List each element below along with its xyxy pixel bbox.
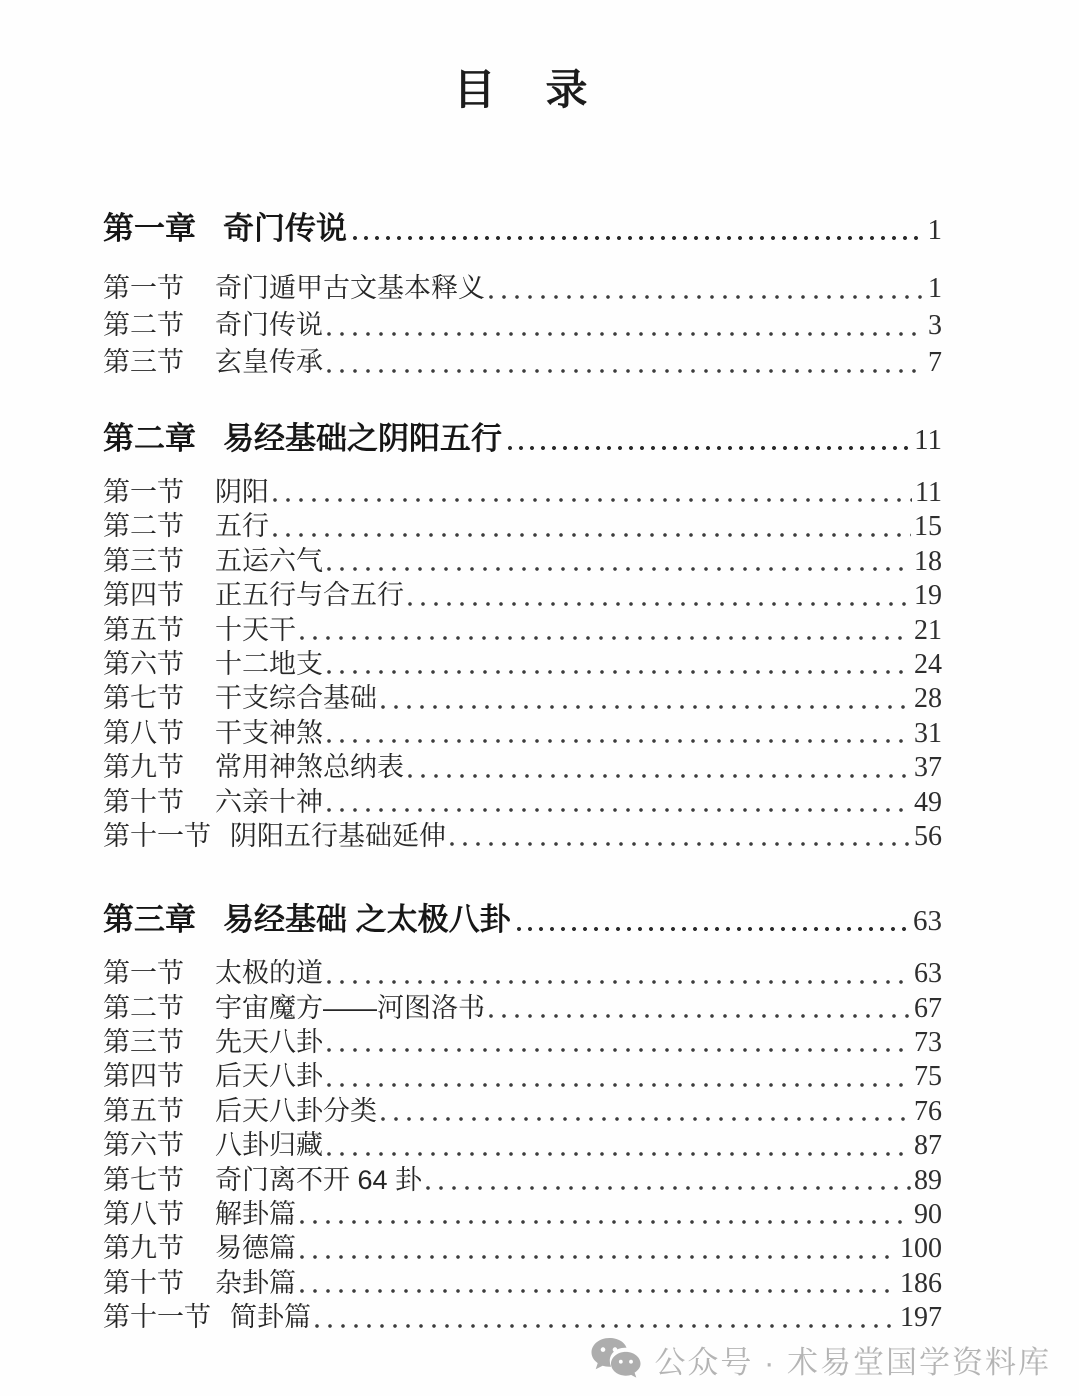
section-page-number: 18 [914, 545, 942, 578]
section-label: 第八节 [103, 1198, 196, 1231]
section-page-number: 7 [928, 345, 942, 381]
section-label: 第五节 [103, 614, 196, 647]
dot-leader [406, 579, 911, 613]
toc-section-row: 第十节杂卦篇186 [103, 1267, 942, 1301]
toc: 第一章奇门传说1第一节奇门遁甲古文基本释义1第二节奇门传说3第三节玄皇传承7第二… [103, 209, 942, 1336]
section-page-number: 87 [914, 1129, 942, 1162]
toc-sections: 第一节阴阳11第二节五行15第三节五运六气18第四节正五行与合五行19第五节十天… [103, 476, 942, 854]
section-title: 十二地支 [215, 648, 323, 681]
chapter-label: 第三章 [103, 900, 196, 940]
dot-leader [298, 1198, 911, 1232]
section-title: 太极的道 [215, 957, 323, 990]
section-label: 第十节 [103, 1267, 196, 1300]
dot-leader [271, 476, 912, 510]
section-title: 五行 [215, 510, 269, 543]
dot-leader [379, 682, 911, 716]
toc-section-row: 第八节干支神煞31 [103, 717, 942, 751]
section-page-number: 28 [914, 682, 942, 715]
dot-leader [325, 545, 911, 579]
section-title: 奇门传说 [215, 307, 323, 343]
toc-section-row: 第二节奇门传说3 [103, 307, 942, 344]
dot-leader [313, 1301, 897, 1335]
section-label: 第八节 [103, 717, 196, 750]
section-label: 第十一节 [103, 820, 211, 853]
toc-section-row: 第十节六亲十神49 [103, 786, 942, 820]
section-page-number: 89 [914, 1164, 942, 1197]
section-title: 后天八卦分类 [215, 1095, 377, 1128]
toc-section-row: 第五节后天八卦分类76 [103, 1095, 942, 1129]
section-page-number: 100 [900, 1232, 942, 1265]
section-title: 十天干 [215, 614, 296, 647]
page-title: 目 录 [103, 57, 942, 117]
section-label: 第五节 [103, 1095, 196, 1128]
toc-section-row: 第一节太极的道63 [103, 957, 942, 991]
section-title: 解卦篇 [215, 1198, 296, 1231]
section-page-number: 67 [914, 992, 942, 1025]
chapter-title: 易经基础之阴阳五行 [223, 419, 502, 459]
section-page-number: 186 [900, 1267, 942, 1300]
section-label: 第二节 [103, 992, 196, 1025]
toc-section-row: 第四节正五行与合五行19 [103, 579, 942, 613]
dot-leader [298, 1267, 897, 1301]
section-page-number: 73 [914, 1026, 942, 1059]
toc-section-row: 第五节十天干21 [103, 614, 942, 648]
scanned-toc-page: 目 录 第一章奇门传说1第一节奇门遁甲古文基本释义1第二节奇门传说3第三节玄皇传… [0, 0, 1079, 1396]
section-title: 杂卦篇 [215, 1267, 296, 1300]
section-label: 第十一节 [103, 1301, 211, 1334]
dot-leader [325, 1129, 911, 1163]
section-label: 第一节 [103, 270, 196, 306]
section-page-number: 11 [915, 476, 942, 509]
dot-leader [325, 648, 911, 682]
dot-leader [424, 1164, 911, 1198]
section-title: 常用神煞总纳表 [215, 751, 404, 784]
dot-leader [504, 419, 911, 460]
section-title: 奇门离不开 64 卦 [215, 1164, 422, 1197]
section-label: 第七节 [103, 682, 196, 715]
toc-section-row: 第四节后天八卦75 [103, 1060, 942, 1094]
section-page-number: 21 [914, 614, 942, 647]
dot-leader [325, 786, 911, 820]
toc-chapter: 第二章易经基础之阴阳五行11第一节阴阳11第二节五行15第三节五运六气18第四节… [103, 419, 942, 854]
section-title: 奇门遁甲古文基本释义 [215, 270, 485, 306]
chapter-label: 第二章 [103, 419, 196, 459]
section-page-number: 24 [914, 648, 942, 681]
section-page-number: 63 [914, 957, 942, 990]
section-title: 易德篇 [215, 1232, 296, 1265]
toc-section-row: 第十一节简卦篇197 [103, 1301, 942, 1335]
chapter-title: 奇门传说 [223, 209, 347, 249]
section-label: 第四节 [103, 579, 196, 612]
section-label: 第一节 [103, 476, 196, 509]
toc-section-row: 第一节奇门遁甲古文基本释义1 [103, 270, 942, 307]
dot-leader [271, 510, 911, 544]
section-label: 第二节 [103, 510, 196, 543]
chapter-label: 第一章 [103, 209, 196, 249]
section-title: 阴阳 [215, 476, 269, 509]
chapter-page-number: 63 [913, 901, 942, 941]
toc-section-row: 第二节宇宙魔方——河图洛书67 [103, 992, 942, 1026]
section-page-number: 31 [914, 717, 942, 750]
chapter-title: 易经基础 之太极八卦 [223, 900, 511, 940]
toc-content: 目 录 第一章奇门传说1第一节奇门遁甲古文基本释义1第二节奇门传说3第三节玄皇传… [103, 0, 942, 1336]
section-label: 第三节 [103, 344, 196, 380]
toc-section-row: 第六节十二地支24 [103, 648, 942, 682]
toc-section-row: 第三节玄皇传承7 [103, 344, 942, 381]
toc-section-row: 第六节八卦归藏87 [103, 1129, 942, 1163]
dot-leader [406, 751, 911, 785]
section-label: 第七节 [103, 1164, 196, 1197]
dot-leader [487, 270, 925, 307]
section-page-number: 76 [914, 1095, 942, 1128]
section-title: 干支综合基础 [215, 682, 377, 715]
section-label: 第六节 [103, 648, 196, 681]
toc-section-row: 第十一节阴阳五行基础延伸56 [103, 820, 942, 854]
section-title: 后天八卦 [215, 1060, 323, 1093]
section-page-number: 90 [914, 1198, 942, 1231]
dot-leader [298, 1232, 897, 1266]
section-label: 第六节 [103, 1129, 196, 1162]
section-page-number: 56 [914, 820, 942, 853]
toc-section-row: 第三节先天八卦73 [103, 1026, 942, 1060]
section-title: 阴阳五行基础延伸 [230, 820, 446, 853]
dot-leader [298, 614, 911, 648]
section-title: 玄皇传承 [215, 344, 323, 380]
section-label: 第三节 [103, 1026, 196, 1059]
dot-leader [325, 957, 911, 991]
toc-section-row: 第二节五行15 [103, 510, 942, 544]
dot-leader [325, 344, 925, 381]
dot-leader [379, 1095, 911, 1129]
chapter-page-number: 1 [928, 210, 943, 250]
section-title: 八卦归藏 [215, 1129, 323, 1162]
toc-section-row: 第九节易德篇100 [103, 1232, 942, 1266]
dot-leader [325, 1026, 911, 1060]
dot-leader [325, 717, 911, 751]
toc-sections: 第一节奇门遁甲古文基本释义1第二节奇门传说3第三节玄皇传承7 [103, 270, 942, 381]
section-page-number: 3 [928, 308, 942, 344]
dot-leader [487, 992, 911, 1026]
wechat-icon [589, 1335, 643, 1383]
toc-chapter: 第三章易经基础 之太极八卦63第一节太极的道63第二节宇宙魔方——河图洛书67第… [103, 900, 942, 1335]
dot-leader [349, 209, 925, 250]
section-title: 干支神煞 [215, 717, 323, 750]
toc-chapter-row: 第三章易经基础 之太极八卦63 [103, 900, 942, 941]
chapter-page-number: 11 [914, 420, 942, 460]
section-title: 正五行与合五行 [215, 579, 404, 612]
section-label: 第十节 [103, 786, 196, 819]
section-title: 宇宙魔方——河图洛书 [215, 992, 485, 1025]
section-page-number: 37 [914, 751, 942, 784]
toc-section-row: 第九节常用神煞总纳表37 [103, 751, 942, 785]
dot-leader [448, 820, 911, 854]
footer-text: 公众号 · 术易堂国学资料库 [654, 1337, 1051, 1382]
section-label: 第三节 [103, 545, 196, 578]
section-title: 简卦篇 [230, 1301, 311, 1334]
section-page-number: 19 [914, 579, 942, 612]
toc-section-row: 第八节解卦篇90 [103, 1198, 942, 1232]
toc-section-row: 第七节奇门离不开 64 卦89 [103, 1164, 942, 1198]
dot-leader [325, 307, 925, 344]
section-title: 先天八卦 [215, 1026, 323, 1059]
section-page-number: 75 [914, 1060, 942, 1093]
toc-chapter-row: 第一章奇门传说1 [103, 209, 942, 250]
section-label: 第九节 [103, 751, 196, 784]
section-title: 六亲十神 [215, 786, 323, 819]
section-label: 第九节 [103, 1232, 196, 1265]
section-page-number: 15 [914, 510, 942, 543]
toc-section-row: 第三节五运六气18 [103, 545, 942, 579]
footer-watermark: 公众号 · 术易堂国学资料库 [589, 1335, 1051, 1383]
section-label: 第四节 [103, 1060, 196, 1093]
dot-leader [325, 1060, 911, 1094]
toc-section-row: 第七节干支综合基础28 [103, 682, 942, 716]
section-label: 第一节 [103, 957, 196, 990]
toc-section-row: 第一节阴阳11 [103, 476, 942, 510]
section-page-number: 197 [900, 1301, 942, 1334]
toc-chapter: 第一章奇门传说1第一节奇门遁甲古文基本释义1第二节奇门传说3第三节玄皇传承7 [103, 209, 942, 381]
dot-leader [513, 900, 910, 941]
toc-sections: 第一节太极的道63第二节宇宙魔方——河图洛书67第三节先天八卦73第四节后天八卦… [103, 957, 942, 1335]
section-page-number: 1 [928, 271, 942, 307]
toc-chapter-row: 第二章易经基础之阴阳五行11 [103, 419, 942, 460]
section-label: 第二节 [103, 307, 196, 343]
section-title: 五运六气 [215, 545, 323, 578]
section-page-number: 49 [914, 786, 942, 819]
